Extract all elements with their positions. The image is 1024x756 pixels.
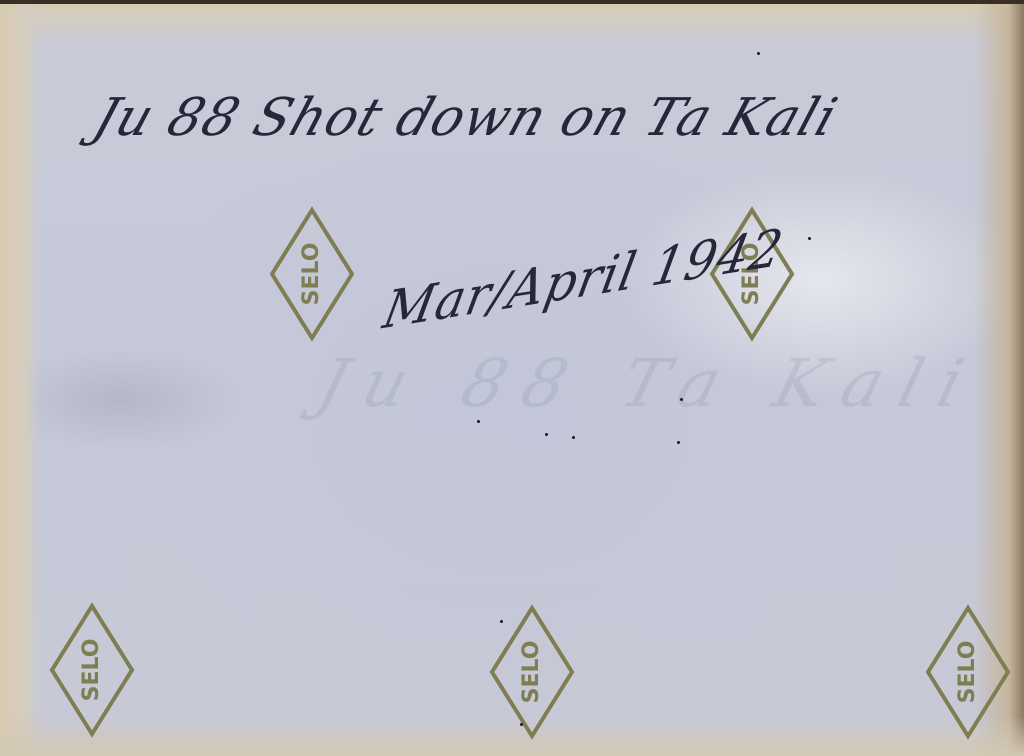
faded-pencil-text: Ju 88 Ta Kali (310, 345, 990, 422)
selo-stamp-bottom-center: SELO (488, 604, 576, 740)
selo-stamp-bottom-left: SELO (48, 602, 136, 738)
speck (572, 436, 575, 439)
speck (520, 723, 523, 726)
speck (808, 237, 811, 240)
speck (677, 441, 680, 444)
paper-edge-top (0, 4, 1024, 44)
frame-top-edge (0, 0, 1024, 4)
selo-stamp-bottom-right: SELO (924, 604, 1012, 740)
svg-text:SELO: SELO (299, 243, 324, 306)
svg-text:SELO: SELO (519, 641, 544, 704)
speck (680, 398, 683, 401)
selo-stamp-top-left: SELO (268, 206, 356, 342)
speck (500, 620, 503, 623)
svg-text:SELO: SELO (955, 641, 980, 704)
paper-edge-left (0, 0, 40, 756)
caption-line-1: Ju 88 Shot down on Ta Kali (86, 88, 845, 148)
speck (545, 433, 548, 436)
speck (477, 420, 480, 423)
svg-text:SELO: SELO (79, 639, 104, 702)
speck (757, 52, 760, 55)
